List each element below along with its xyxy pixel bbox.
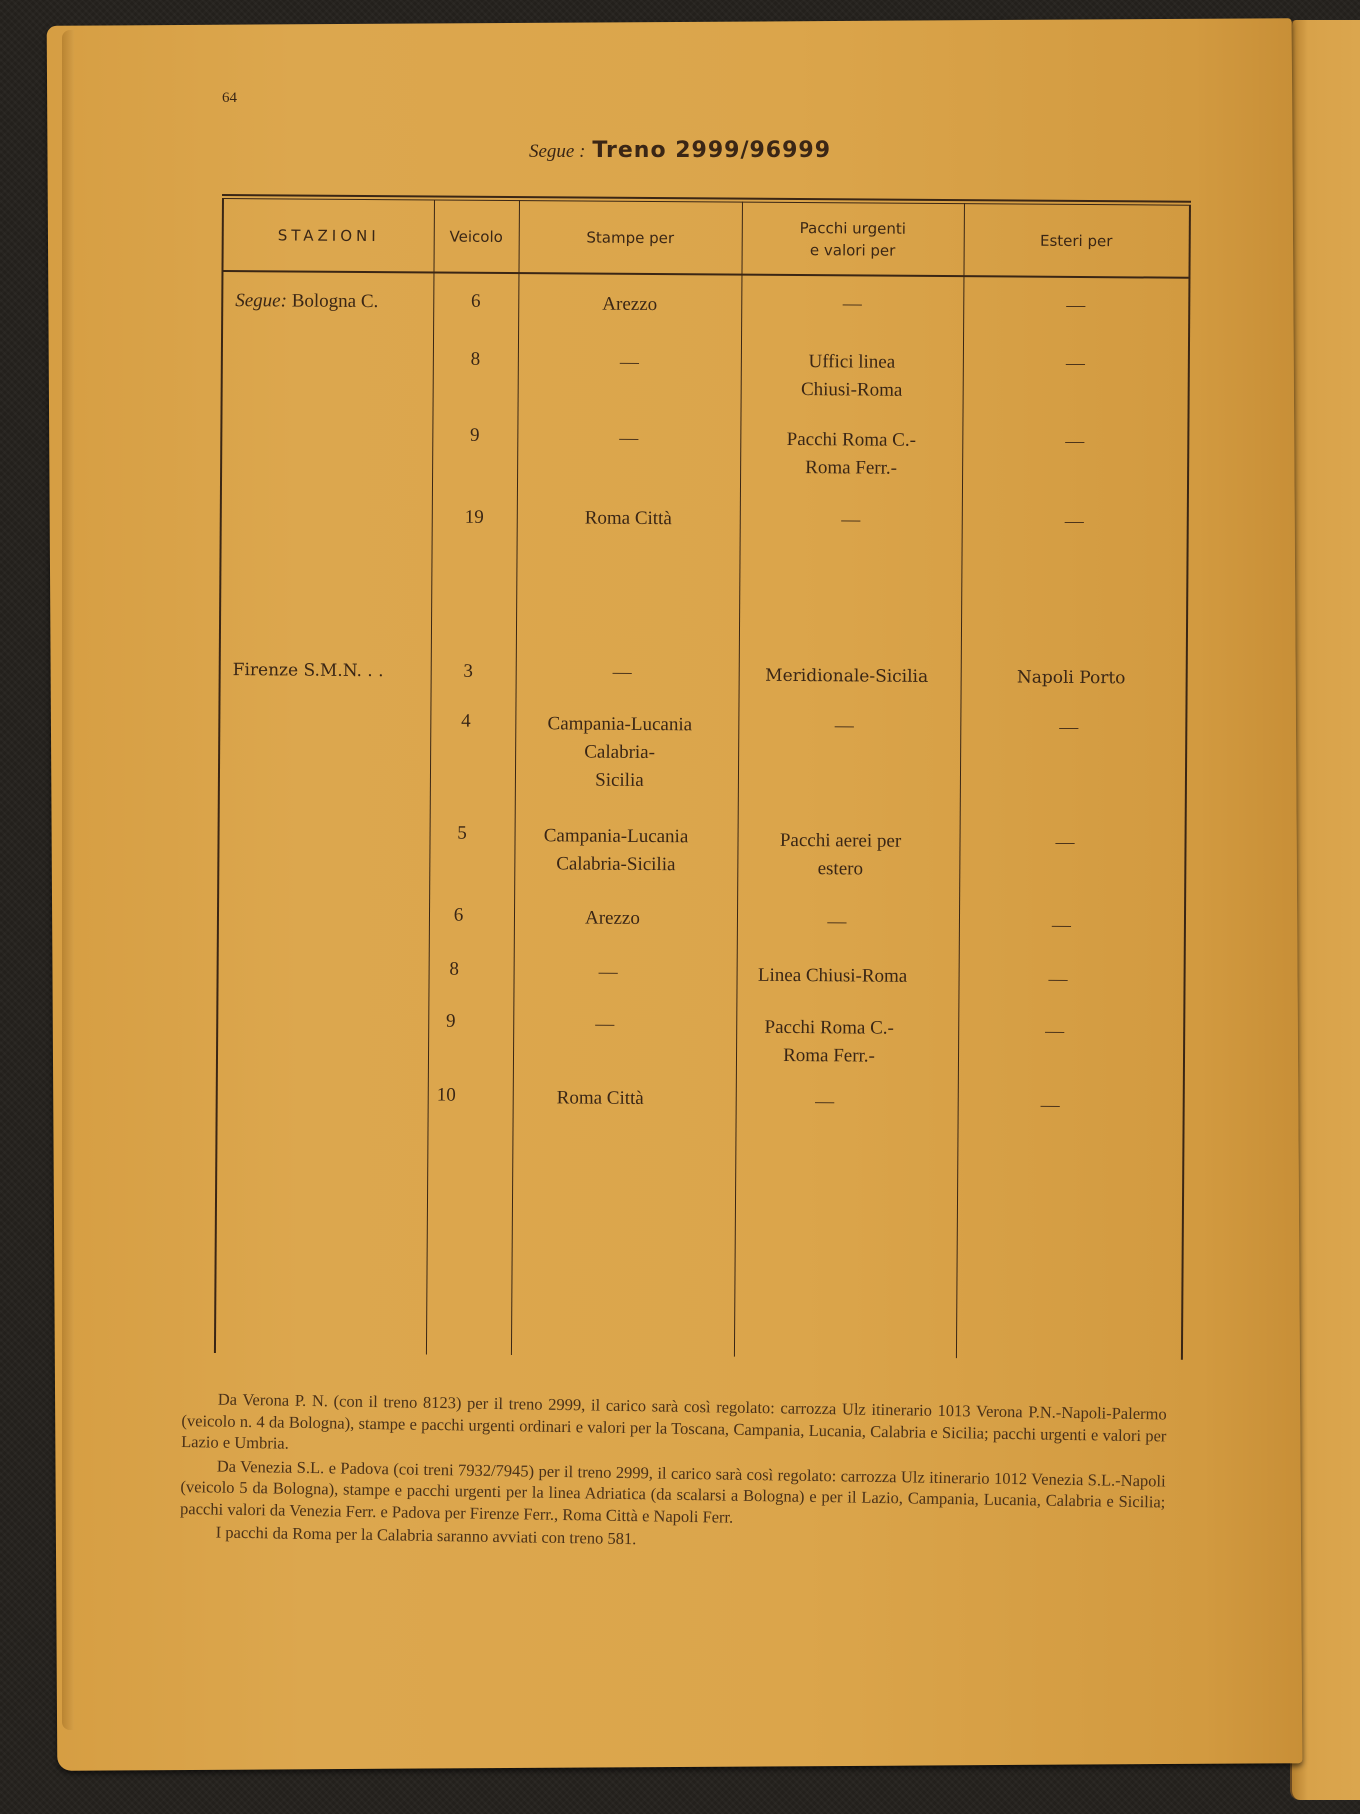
stampe-cell: — bbox=[497, 958, 720, 988]
station-bologna: Segue: Bologna C. bbox=[235, 290, 378, 313]
esteri-cell: — bbox=[963, 349, 1188, 379]
page-stack-edge bbox=[62, 30, 74, 1730]
veicolo-cell: 8 bbox=[433, 345, 518, 374]
pacchi-cell: — bbox=[714, 1087, 936, 1117]
veicolo-cell: 8 bbox=[412, 955, 497, 984]
veicolo-cell: 4 bbox=[423, 707, 508, 736]
esteri-cell: — bbox=[949, 911, 1174, 941]
pacchi-cell: — bbox=[726, 908, 948, 938]
page-title: Segue : Treno 2999/96999 bbox=[0, 138, 1360, 163]
pacchi-cell: — bbox=[733, 712, 955, 742]
pacchi-cell: Linea Chiusi-Roma bbox=[721, 962, 943, 992]
esteri-cell: — bbox=[945, 965, 1170, 995]
pacchi-cell: Pacchi aerei per estero bbox=[729, 827, 951, 885]
train-loading-table: STAZIONI Veicolo Stampe per Pacchi urgen… bbox=[214, 198, 1191, 1360]
stampe-cell: — bbox=[511, 658, 734, 688]
station-prefix: Segue: bbox=[235, 290, 287, 311]
stampe-cell: Campania-Lucania Calabria- Sicilia bbox=[508, 710, 732, 796]
pacchi-cell: Pacchi Roma C.- Roma Ferr.- bbox=[718, 1013, 940, 1071]
pacchi-cell: Pacchi Roma C.- Roma Ferr.- bbox=[740, 426, 962, 484]
esteri-cell: — bbox=[942, 1017, 1167, 1047]
column-header-veicolo: Veicolo bbox=[433, 201, 518, 272]
pacchi-cell: Meridionale-Sicilia bbox=[736, 662, 958, 692]
stampe-cell: — bbox=[518, 348, 741, 378]
stampe-cell: Arezzo bbox=[501, 904, 724, 934]
esteri-cell: — bbox=[938, 1091, 1163, 1121]
stampe-cell: Campania-Lucania Calabria-Sicilia bbox=[504, 822, 727, 880]
veicolo-cell: 5 bbox=[419, 819, 504, 848]
column-header-pacchi: Pacchi urgenti e valori per bbox=[741, 204, 963, 276]
column-header-stazioni: STAZIONI bbox=[223, 200, 433, 271]
stampe-cell: — bbox=[517, 424, 740, 454]
train-number: Treno 2999/96999 bbox=[592, 138, 831, 163]
esteri-cell: — bbox=[952, 828, 1177, 858]
column-header-esteri: Esteri per bbox=[963, 205, 1188, 277]
pacchi-cell: Uffici linea Chiusi-Roma bbox=[741, 348, 963, 406]
esteri-cell: — bbox=[962, 507, 1187, 537]
footnotes: Da Verona P. N. (con il treno 8123) per … bbox=[180, 1388, 1167, 1560]
title-prefix: Segue : bbox=[529, 141, 585, 162]
veicolo-cell: 9 bbox=[432, 421, 517, 450]
stampe-cell: Roma Città bbox=[489, 1084, 712, 1114]
esteri-cell: — bbox=[956, 713, 1181, 743]
station-name: Firenze S.M.N. . . bbox=[233, 660, 384, 681]
esteri-cell: Napoli Porto bbox=[959, 663, 1184, 693]
station-name: Bologna C. bbox=[292, 290, 379, 312]
pacchi-cell: — bbox=[740, 506, 962, 536]
veicolo-cell: 6 bbox=[416, 901, 501, 930]
veicolo-cell: 19 bbox=[432, 503, 517, 532]
esteri-cell: — bbox=[962, 427, 1187, 457]
pacchi-cell: — bbox=[741, 290, 963, 320]
veicolo-cell: 3 bbox=[426, 657, 511, 686]
esteri-cell: — bbox=[963, 291, 1188, 321]
station-firenze: Firenze S.M.N. . . bbox=[233, 660, 384, 681]
stampe-cell: Arezzo bbox=[518, 290, 741, 320]
stampe-cell: Roma Città bbox=[517, 504, 740, 534]
column-header-stampe: Stampe per bbox=[518, 202, 741, 274]
page-number: 64 bbox=[222, 90, 237, 107]
stampe-cell: — bbox=[493, 1010, 716, 1040]
veicolo-cell: 9 bbox=[408, 1007, 493, 1036]
veicolo-cell: 10 bbox=[404, 1081, 489, 1110]
veicolo-cell: 6 bbox=[433, 287, 518, 316]
